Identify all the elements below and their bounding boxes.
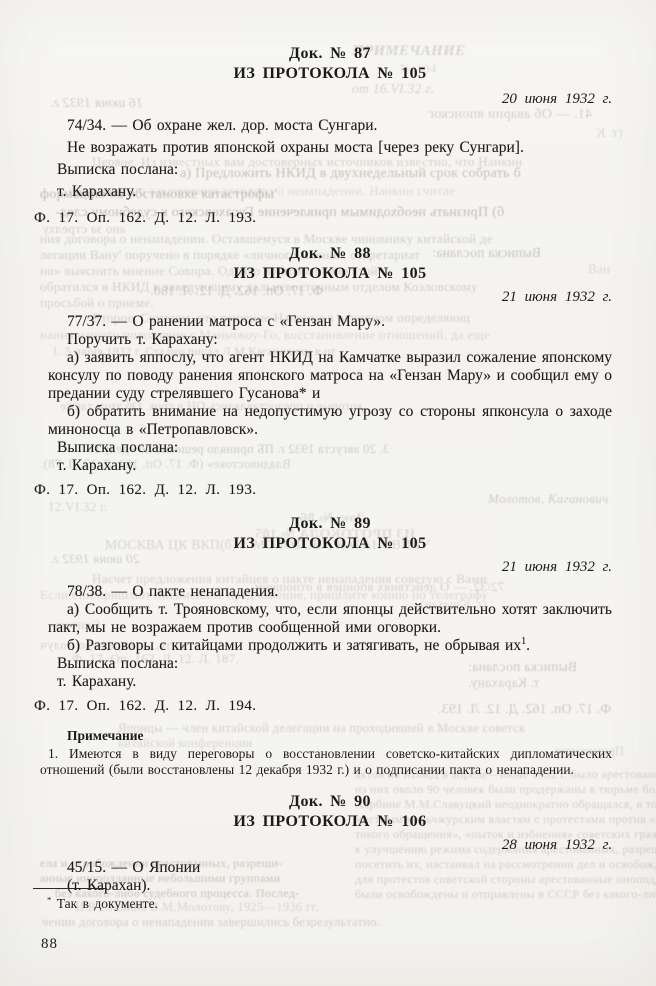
doc-number-heading: Док. № 89 <box>48 514 612 534</box>
point-b: б) обратить внимание на недопустимую угр… <box>48 403 612 439</box>
vypiska-recipient: т. Карахану. <box>57 181 612 203</box>
protocol-heading: ИЗ ПРОТОКОЛА № 105 <box>48 534 612 554</box>
doc-number-heading: Док. № 88 <box>48 244 612 264</box>
doc-date: 21 июня 1932 г. <box>48 290 612 305</box>
doc-date: 20 июня 1932 г. <box>48 92 612 107</box>
agenda-item: 74/34. — Об охране жел. дор. моста Сунга… <box>48 115 612 137</box>
archive-reference: Ф. 17. Оп. 162. Д. 12. Л. 194. <box>34 697 612 716</box>
vypiska-label: Выписка послана: <box>57 655 612 673</box>
doc-number-heading: Док. № 90 <box>48 792 612 812</box>
document-content: Док. № 87 ИЗ ПРОТОКОЛА № 105 20 июня 193… <box>0 0 656 986</box>
footnote-label: Так в документе. <box>57 896 158 911</box>
archive-reference: Ф. 17. Оп. 162. Д. 12. Л. 193. <box>34 209 612 228</box>
doc-number-heading: Док. № 87 <box>48 44 612 64</box>
archive-reference: Ф. 17. Оп. 162. Д. 12. Л. 193. <box>34 481 612 500</box>
point-b-period: . <box>526 637 530 654</box>
point-b-text: б) Разговоры с китайцами продолжить и за… <box>67 637 521 654</box>
footnote-text: * Так в документе. <box>47 896 158 912</box>
document-90: Док. № 90 ИЗ ПРОТОКОЛА № 106 28 июня 193… <box>48 792 612 895</box>
point-a: а) заявить яппослу, что агент НКИД на Ка… <box>48 349 612 403</box>
point-a: а) Сообщить т. Трояновскому, что, если я… <box>48 601 612 637</box>
document-89: Док. № 89 ИЗ ПРОТОКОЛА № 105 21 июня 193… <box>48 514 612 778</box>
page-number: 88 <box>41 936 58 953</box>
vypiska-label: Выписка послана: <box>57 159 612 181</box>
protocol-heading: ИЗ ПРОТОКОЛА № 105 <box>48 64 612 84</box>
decision-text: Не возражать против японской охраны мост… <box>48 137 612 159</box>
protocol-heading: ИЗ ПРОТОКОЛА № 106 <box>48 812 612 832</box>
vypiska-label: Выписка послана: <box>57 439 612 457</box>
footnote-rule <box>33 888 107 889</box>
document-88: Док. № 88 ИЗ ПРОТОКОЛА № 105 21 июня 193… <box>48 244 612 500</box>
agenda-item: 78/38. — О пакте ненападения. <box>48 583 612 601</box>
scanned-document-page: ПРИМЕЧАНИЕ№ 104от 16.VI.32 г.16 июня 193… <box>0 0 656 986</box>
document-87: Док. № 87 ИЗ ПРОТОКОЛА № 105 20 июня 193… <box>48 44 612 228</box>
doc-date: 28 июня 1932 г. <box>48 838 612 853</box>
point-b: б) Разговоры с китайцами продолжить и за… <box>48 637 612 655</box>
doc-date: 21 июня 1932 г. <box>48 560 612 575</box>
footnote-asterisk: * <box>47 895 51 905</box>
agenda-item: 77/37. — О ранении матроса с «Гензан Мар… <box>48 313 612 331</box>
note-heading: Примечание <box>67 728 612 744</box>
lead-text: Поручить т. Карахану: <box>48 331 612 349</box>
agenda-item: 45/15. — О Японии <box>48 859 612 877</box>
vypiska-recipient: т. Карахану. <box>57 457 612 475</box>
vypiska-recipient: т. Карахану. <box>57 673 612 691</box>
protocol-heading: ИЗ ПРОТОКОЛА № 105 <box>48 264 612 284</box>
footnote-block: * Так в документе. <box>33 888 158 912</box>
note-text: 1. Имеются в виду переговоры о восстанов… <box>40 746 612 778</box>
